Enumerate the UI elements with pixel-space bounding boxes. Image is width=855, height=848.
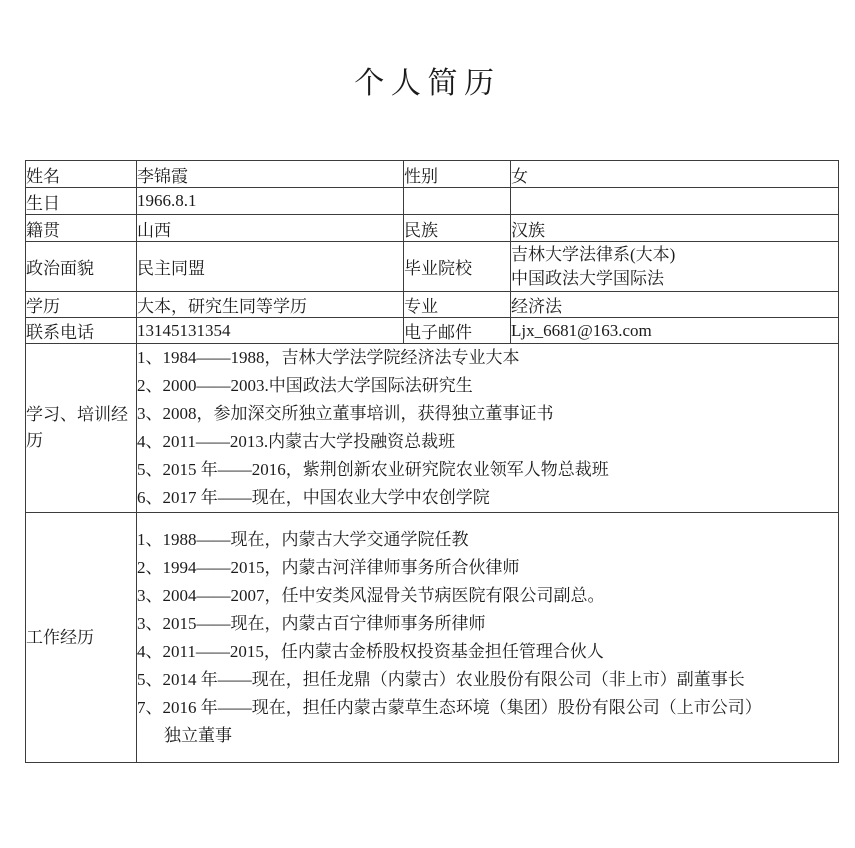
field-value-email: Ljx_6681@163.com <box>511 318 839 344</box>
empty-cell <box>511 188 839 215</box>
field-value-gender: 女 <box>511 161 839 188</box>
study-item: 5、2015 年——2016，紫荆创新农业研究院农业领军人物总裁班 <box>137 456 838 484</box>
field-label-education-level: 学历 <box>26 292 137 318</box>
empty-cell <box>404 188 511 215</box>
field-value-political-status: 民主同盟 <box>137 242 404 292</box>
work-experience-items: 1、1988——现在，内蒙古大学交通学院任教 2、1994——2015，内蒙古河… <box>137 513 839 763</box>
field-label-native-place: 籍贯 <box>26 215 137 242</box>
field-value-graduate-school: 吉林大学法律系(大本) 中国政法大学国际法 <box>511 242 839 292</box>
page-title: 个人简历 <box>0 66 855 102</box>
field-label-phone: 联系电话 <box>26 318 137 344</box>
field-value-phone: 13145131354 <box>137 318 404 344</box>
study-item: 3、2008，参加深交所独立董事培训，获得独立董事证书 <box>137 400 838 428</box>
field-label-study-training: 学习、培训经历 <box>26 344 137 513</box>
row-birthday: 生日 1966.8.1 <box>26 188 839 215</box>
graduate-school-line: 吉林大学法律系(大本) <box>511 243 838 267</box>
row-study-training: 学习、培训经历 1、1984——1988，吉林大学法学院经济法专业大本 2、20… <box>26 344 839 513</box>
field-label-work-experience: 工作经历 <box>26 513 137 763</box>
study-item: 2、2000——2003.中国政法大学国际法研究生 <box>137 372 838 400</box>
field-label-ethnicity: 民族 <box>404 215 511 242</box>
work-item: 3、2004——2007，任中安类风湿骨关节病医院有限公司副总。 <box>137 582 838 610</box>
study-item: 6、2017 年——现在，中国农业大学中农创学院 <box>137 484 838 512</box>
field-label-political-status: 政治面貌 <box>26 242 137 292</box>
work-item: 1、1988——现在，内蒙古大学交通学院任教 <box>137 526 838 554</box>
row-native-ethnicity: 籍贯 山西 民族 汉族 <box>26 215 839 242</box>
field-label-birthday: 生日 <box>26 188 137 215</box>
resume-table: 姓名 李锦霞 性别 女 生日 1966.8.1 籍贯 山西 民族 汉族 政治面貌… <box>25 160 839 763</box>
field-value-birthday: 1966.8.1 <box>137 188 404 215</box>
field-value-major: 经济法 <box>511 292 839 318</box>
row-name-gender: 姓名 李锦霞 性别 女 <box>26 161 839 188</box>
work-item: 2、1994——2015，内蒙古河洋律师事务所合伙律师 <box>137 554 838 582</box>
study-training-items: 1、1984——1988，吉林大学法学院经济法专业大本 2、2000——2003… <box>137 344 839 513</box>
work-item: 7、2016 年——现在，担任内蒙古蒙草生态环境（集团）股份有限公司（上市公司）… <box>137 694 838 750</box>
row-education-major: 学历 大本，研究生同等学历 专业 经济法 <box>26 292 839 318</box>
study-item: 1、1984——1988，吉林大学法学院经济法专业大本 <box>137 344 838 372</box>
work-item: 3、2015——现在，内蒙古百宁律师事务所律师 <box>137 610 838 638</box>
field-label-graduate-school: 毕业院校 <box>404 242 511 292</box>
row-work-experience: 工作经历 1、1988——现在，内蒙古大学交通学院任教 2、1994——2015… <box>26 513 839 763</box>
study-item: 4、2011——2013.内蒙古大学投融资总裁班 <box>137 428 838 456</box>
field-label-email: 电子邮件 <box>404 318 511 344</box>
field-value-ethnicity: 汉族 <box>511 215 839 242</box>
field-value-native-place: 山西 <box>137 215 404 242</box>
field-label-gender: 性别 <box>404 161 511 188</box>
field-label-major: 专业 <box>404 292 511 318</box>
work-item: 4、2011——2015，任内蒙古金桥股权投资基金担任管理合伙人 <box>137 638 838 666</box>
work-item: 5、2014 年——现在，担任龙鼎（内蒙古）农业股份有限公司（非上市）副董事长 <box>137 666 838 694</box>
row-political-school: 政治面貌 民主同盟 毕业院校 吉林大学法律系(大本) 中国政法大学国际法 <box>26 242 839 292</box>
field-value-education-level: 大本，研究生同等学历 <box>137 292 404 318</box>
row-phone-email: 联系电话 13145131354 电子邮件 Ljx_6681@163.com <box>26 318 839 344</box>
field-value-name: 李锦霞 <box>137 161 404 188</box>
graduate-school-line: 中国政法大学国际法 <box>511 267 838 291</box>
field-label-name: 姓名 <box>26 161 137 188</box>
